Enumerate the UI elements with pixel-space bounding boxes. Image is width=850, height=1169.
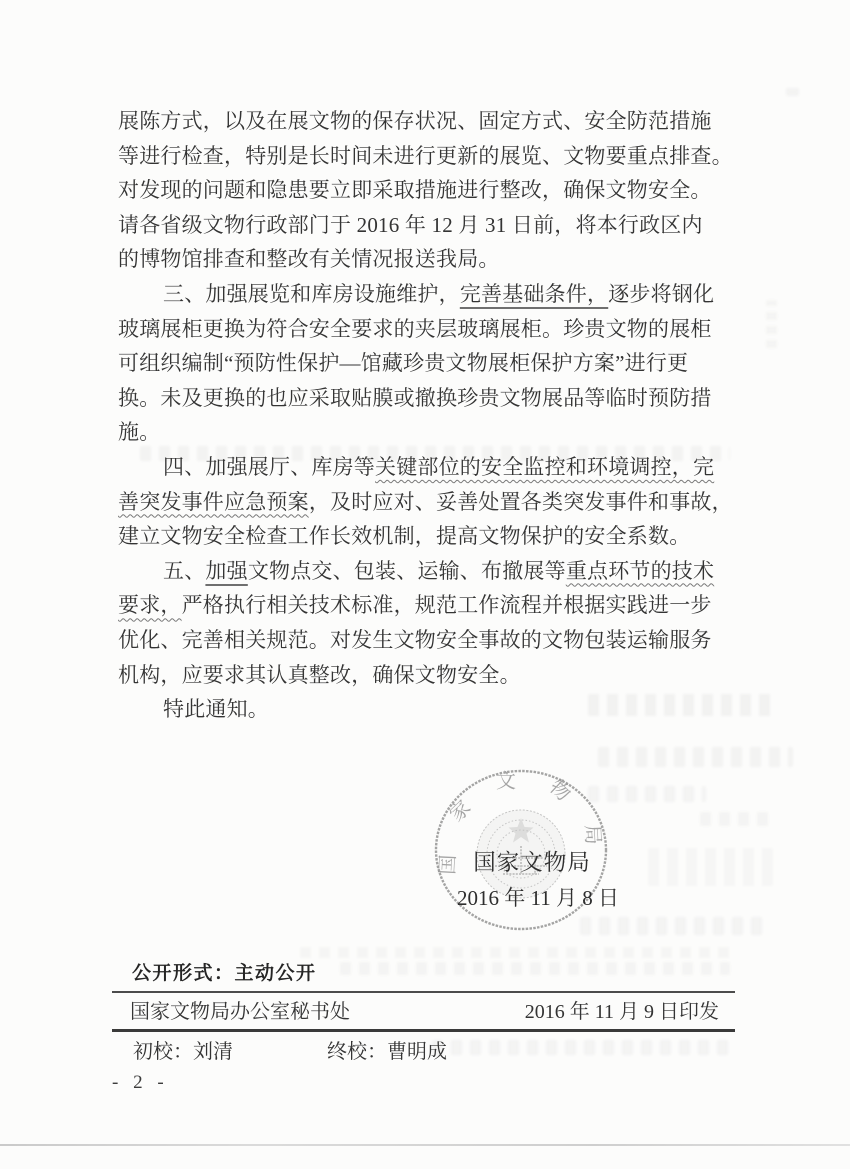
print-date: 2016 年 11 月 9 日印发 <box>525 997 719 1027</box>
body-line: 可组织编制“预防性保护—馆藏珍贵文物展柜保护方案”进行更 <box>118 346 738 381</box>
underlined-text: 善突发事件应急预案 <box>118 490 309 514</box>
document-page: 展陈方式，以及在展文物的保存状况、固定方式、安全防范措施等进行检查，特别是长时间… <box>0 0 850 1169</box>
body-text: 优化、完善相关规范。对发生文物安全事故的文物包装运输服务 <box>118 628 712 652</box>
body-text: 文物点交、包装、运输、布撤展等 <box>248 559 566 583</box>
body-text: 对发现的问题和隐患要立即采取措施进行整改，确保文物安全。 <box>118 178 712 202</box>
footer-rule-bottom <box>112 1029 735 1032</box>
bleedthrough-smudge <box>340 962 730 975</box>
body-line: 三、加强展览和库房设施维护，完善基础条件，逐步将钢化 <box>118 277 738 312</box>
underlined-text: 要求， <box>118 593 182 617</box>
body-text: 换。未及更换的也应采取贴膜或撤换珍贵文物展品等临时预防措 <box>118 386 712 410</box>
issuer-row: 国家文物局办公室秘书处 2016 年 11 月 9 日印发 <box>112 997 735 1027</box>
body-line: 换。未及更换的也应采取贴膜或撤换珍贵文物展品等临时预防措 <box>118 381 738 416</box>
bleedthrough-smudge <box>598 747 793 767</box>
bleedthrough-smudge <box>432 1040 732 1055</box>
body-line: 优化、完善相关规范。对发生文物安全事故的文物包装运输服务 <box>118 623 738 658</box>
body-line: 要求，严格执行相关技术标准，规范工作流程并根据实践进一步 <box>118 588 738 623</box>
bleedthrough-smudge <box>648 848 773 886</box>
first-proofreader: 初校：刘清 <box>133 1035 233 1064</box>
underlined-text: 完善基础条件， <box>460 282 608 306</box>
body-line: 对发现的问题和隐患要立即采取措施进行整改，确保文物安全。 <box>118 173 738 208</box>
scan-edge-line <box>0 1144 850 1146</box>
body-line: 四、加强展厅、库房等关键部位的安全监控和环境调控，完 <box>118 450 738 485</box>
body-text: 五、 <box>163 559 205 583</box>
document-body: 展陈方式，以及在展文物的保存状况、固定方式、安全防范措施等进行检查，特别是长时间… <box>118 104 738 727</box>
bleedthrough-smudge <box>766 300 777 348</box>
underlined-text: 重点环节的技术 <box>566 559 714 583</box>
underlined-text: 关键部位的安全监控和环境调控，完 <box>375 455 714 479</box>
body-line: 善突发事件应急预案，及时应对、妥善处置各类突发事件和事故， <box>118 485 738 520</box>
page-number: - 2 - <box>112 1072 169 1094</box>
bleedthrough-smudge <box>580 917 765 935</box>
body-text: 机构，应要求其认真整改，确保文物安全。 <box>118 663 521 687</box>
publicity-line: 公开形式：主动公开 <box>132 958 317 985</box>
body-line: 五、加强文物点交、包装、运输、布撤展等重点环节的技术 <box>118 554 738 589</box>
body-text: 展陈方式，以及在展文物的保存状况、固定方式、安全防范措施 <box>118 109 712 133</box>
footer-rule-top <box>112 991 735 993</box>
body-line: 机构，应要求其认真整改，确保文物安全。 <box>118 658 738 693</box>
body-line: 特此通知。 <box>118 692 738 727</box>
body-text: 三、加强展览和库房设施维护， <box>163 282 460 306</box>
signature-org: 国家文物局 <box>443 845 621 877</box>
underlined-text: 加强 <box>205 559 247 583</box>
body-text: 请各省级文物行政部门于 2016 年 12 月 31 日前，将本行政区内 <box>118 213 703 237</box>
body-text: 四、加强展厅、库房等 <box>163 455 375 479</box>
body-text: 逐步将钢化 <box>608 282 714 306</box>
issuer-office: 国家文物局办公室秘书处 <box>130 997 350 1027</box>
bleedthrough-smudge <box>588 786 706 802</box>
bleedthrough-smudge <box>300 947 730 958</box>
body-text: 等进行检查，特别是长时间未进行更新的展览、文物要重点排查。 <box>118 144 733 168</box>
body-line: 展陈方式，以及在展文物的保存状况、固定方式、安全防范措施 <box>118 104 738 139</box>
body-text: 特此通知。 <box>163 697 269 721</box>
bleedthrough-smudge <box>786 82 799 96</box>
body-line: 的博物馆排查和整改有关情况报送我局。 <box>118 242 738 277</box>
body-text: 玻璃展柜更换为符合安全要求的夹层玻璃展柜。珍贵文物的展柜 <box>118 317 712 341</box>
body-text: 严格执行相关技术标准，规范工作流程并根据实践进一步 <box>182 593 712 617</box>
body-line: 施。 <box>118 415 738 450</box>
body-text: 建立文物安全检查工作长效机制，提高文物保护的安全系数。 <box>118 524 690 548</box>
body-text: 的博物馆排查和整改有关情况报送我局。 <box>118 247 500 271</box>
body-line: 建立文物安全检查工作长效机制，提高文物保护的安全系数。 <box>118 519 738 554</box>
signature-date: 2016 年 11 月 8 日 <box>442 882 634 912</box>
body-line: 等进行检查，特别是长时间未进行更新的展览、文物要重点排查。 <box>118 139 738 174</box>
body-text: ，及时应对、妥善处置各类突发事件和事故， <box>309 490 733 514</box>
body-line: 请各省级文物行政部门于 2016 年 12 月 31 日前，将本行政区内 <box>118 208 738 243</box>
body-line: 玻璃展柜更换为符合安全要求的夹层玻璃展柜。珍贵文物的展柜 <box>118 312 738 347</box>
body-text: 施。 <box>118 420 160 444</box>
bleedthrough-smudge <box>700 812 770 826</box>
body-text: 可组织编制“预防性保护—馆藏珍贵文物展柜保护方案”进行更 <box>118 351 688 375</box>
final-proofreader: 终校：曹明成 <box>327 1035 447 1064</box>
